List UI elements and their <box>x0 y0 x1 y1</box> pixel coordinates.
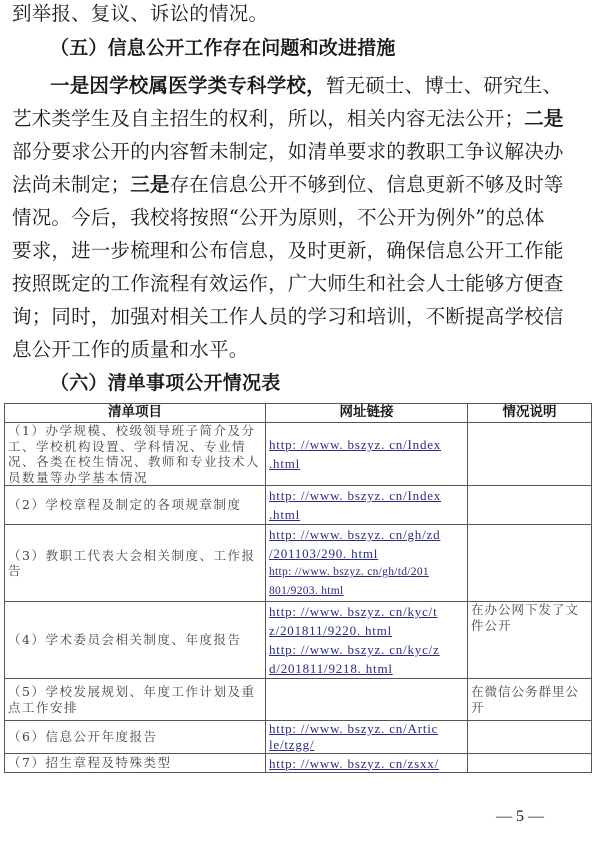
url-link[interactable]: http: //www. bszyz. cn/kyc/z <box>269 640 464 659</box>
item-cell: （1）办学规模、校级领导班子简介及分工、学校机构设置、学科情况、专业情况、各类在… <box>5 423 266 486</box>
table-row: （7）招生章程及特殊类型 http: //www. bszyz. cn/zsxx… <box>5 754 592 773</box>
table-row: （4）学术委员会相关制度、年度报告 http: //www. bszyz. cn… <box>5 602 592 679</box>
url-link[interactable]: http: //www. bszyz. cn/Index <box>269 435 464 454</box>
table-row: （5）学校发展规划、年度工作计划及重点工作安排 在微信公务群里公开 <box>5 679 592 721</box>
paragraph-line: 询；同时，加强对相关工作人员的学习和培训，不断提高学校信 <box>12 302 572 332</box>
note-cell <box>468 525 592 602</box>
table-row: （3）教职工代表大会相关制度、工作报告 http: //www. bszyz. … <box>5 525 592 602</box>
paragraph-line: 情况。今后，我校将按照“公开为原则，不公开为例外”的总体 <box>12 203 572 233</box>
url-link[interactable]: z/201811/9220. html <box>269 621 464 640</box>
item-cell: （5）学校发展规划、年度工作计划及重点工作安排 <box>5 679 266 721</box>
section-heading-5: （五）信息公开工作存在问题和改进措施 <box>50 33 600 63</box>
url-link[interactable]: http: //www. bszyz. cn/gh/td/201 <box>269 563 464 582</box>
url-link[interactable]: .html <box>269 454 464 473</box>
note-cell <box>468 721 592 754</box>
item-cell: （2）学校章程及制定的各项规章制度 <box>5 486 266 525</box>
link-cell: http: //www. bszyz. cn/Index .html <box>266 486 468 525</box>
url-link[interactable]: http: //www. bszyz. cn/gh/zd <box>269 525 464 544</box>
url-link[interactable]: .html <box>269 505 464 524</box>
paragraph-line: 到举报、复议、诉讼的情况。 <box>12 0 572 29</box>
table-row: （2）学校章程及制定的各项规章制度 http: //www. bszyz. cn… <box>5 486 592 525</box>
emphasis-text: 一是因学校属医学类专科学校， <box>50 74 326 97</box>
link-cell: http: //www. bszyz. cn/Index .html <box>266 423 468 486</box>
paragraph-line: 艺术类学生及自主招生的权利，所以，相关内容无法公开；二是 <box>12 104 572 134</box>
url-link[interactable]: 801/9203. html <box>269 582 464 601</box>
url-link[interactable]: d/201811/9218. html <box>269 659 464 678</box>
url-link[interactable]: http: //www. bszyz. cn/kyc/t <box>269 602 464 621</box>
table-header-row: 清单项目 网址链接 情况说明 <box>5 404 592 423</box>
url-link[interactable]: http: //www. bszyz. cn/Index <box>269 486 464 505</box>
page-number: — 5 — <box>496 808 544 826</box>
paragraph-line: 息公开工作的质量和水平。 <box>12 335 572 365</box>
body-text: 存在信息公开不够到位、信息更新不够及时等 <box>170 173 564 196</box>
table-row: （1）办学规模、校级领导班子简介及分工、学校机构设置、学科情况、专业情况、各类在… <box>5 423 592 486</box>
body-text: 艺术类学生及自主招生的权利，所以，相关内容无法公开； <box>12 107 524 130</box>
emphasis-text: 三是 <box>130 173 169 196</box>
link-cell: http: //www. bszyz. cn/zsxx/ <box>266 754 468 773</box>
column-header-item: 清单项目 <box>5 404 266 423</box>
table-row: （6）信息公开年度报告 http: //www. bszyz. cn/Artic… <box>5 721 592 754</box>
note-cell: 在微信公务群里公开 <box>468 679 592 721</box>
paragraph-line: 要求，进一步梳理和公布信息，及时更新，确保信息公开工作能 <box>12 236 572 266</box>
emphasis-text: 二是 <box>524 107 563 130</box>
note-cell <box>468 486 592 525</box>
url-link[interactable]: /201103/290. html <box>269 544 464 563</box>
paragraph-line: 一是因学校属医学类专科学校，暂无硕士、博士、研究生、 <box>50 71 600 101</box>
paragraph-line: 部分要求公开的内容暂未制定，如清单要求的教职工争议解决办 <box>12 137 572 167</box>
column-header-note: 情况说明 <box>468 404 592 423</box>
note-cell <box>468 754 592 773</box>
url-link[interactable]: http: //www. bszyz. cn/zsxx/ <box>269 755 464 772</box>
url-link[interactable]: le/tzgg/ <box>269 737 464 753</box>
item-cell: （7）招生章程及特殊类型 <box>5 754 266 773</box>
section-heading-6: （六）清单事项公开情况表 <box>50 368 600 398</box>
url-link[interactable]: http: //www. bszyz. cn/Artic <box>269 721 464 737</box>
column-header-link: 网址链接 <box>266 404 468 423</box>
link-cell <box>266 679 468 721</box>
note-cell: 在办公网下发了文件公开 <box>468 602 592 679</box>
note-cell <box>468 423 592 486</box>
item-cell: （3）教职工代表大会相关制度、工作报告 <box>5 525 266 602</box>
item-cell: （4）学术委员会相关制度、年度报告 <box>5 602 266 679</box>
paragraph-line: 法尚未制定；三是存在信息公开不够到位、信息更新不够及时等 <box>12 170 572 200</box>
link-cell: http: //www. bszyz. cn/kyc/t z/201811/92… <box>266 602 468 679</box>
link-cell: http: //www. bszyz. cn/Artic le/tzgg/ <box>266 721 468 754</box>
body-text: 暂无硕士、博士、研究生、 <box>326 74 562 97</box>
link-cell: http: //www. bszyz. cn/gh/zd /201103/290… <box>266 525 468 602</box>
paragraph-line: 按照既定的工作流程有效运作，广大师生和社会人士能够方便查 <box>12 269 572 299</box>
disclosure-list-table: 清单项目 网址链接 情况说明 （1）办学规模、校级领导班子简介及分工、学校机构设… <box>4 403 592 773</box>
body-text: 法尚未制定； <box>12 173 130 196</box>
item-cell: （6）信息公开年度报告 <box>5 721 266 754</box>
